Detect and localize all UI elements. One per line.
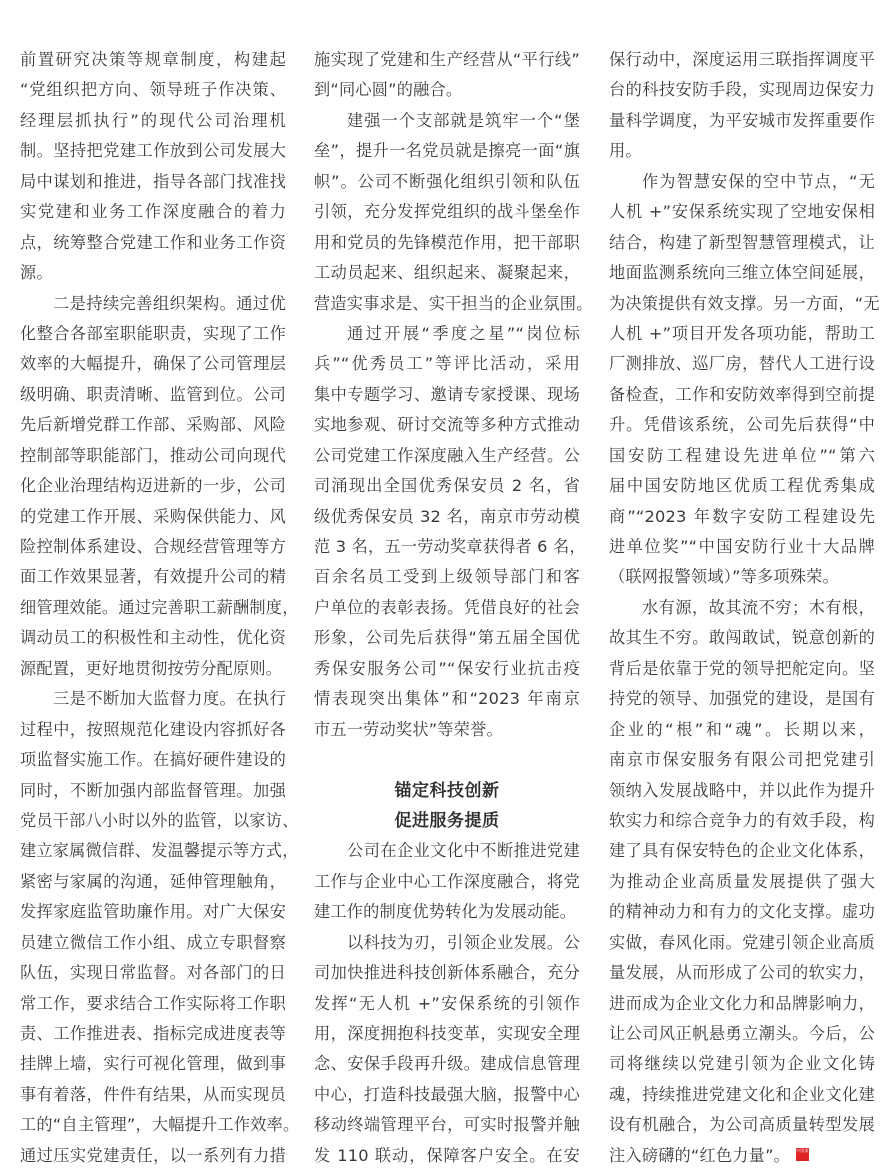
text-line: 领纳入发展战略中，并以此作为提升 (609, 776, 875, 806)
text-line: 让公司风正帆悬勇立潮头。今后，公 (609, 1019, 875, 1049)
publication-logo-icon: 中国保安 (796, 1148, 809, 1161)
text-line: 常工作，要求结合工作实际将工作职 (20, 989, 286, 1019)
text-line: 面工作效果显著，有效提升公司的精 (20, 562, 286, 592)
text-line: 届中国安防地区优质工程优秀集成 (609, 471, 875, 501)
text-line: 通过压实党建责任，以一系列有力措 (20, 1141, 286, 1171)
text-line: 持党的领导、加强党的建设，是国有 (609, 684, 875, 714)
text-line: 发挥家庭监管助廉作用。对广大保安 (20, 897, 286, 927)
text-line: 人机 +”安保系统实现了空地安保相 (609, 197, 875, 227)
text-line: 公司在企业文化中不断推进党建 (314, 836, 580, 866)
text-line: 局中谋划和推进，指导各部门找准找 (20, 167, 286, 197)
text-line: 用和党员的先锋模范作用，把干部职 (314, 228, 580, 258)
text-line: 营造实事求是、实干担当的企业氛围。 (314, 289, 580, 319)
text-line: 移动终端管理平台，可实时报警并触 (314, 1110, 580, 1140)
text-line: 党员干部八小时以外的监管，以家访、 (20, 806, 286, 836)
text-line: 故其生不穷。敢闯敢试，锐意创新的 (609, 623, 875, 653)
text-line: 事有着落，件件有结果，从而实现员 (20, 1080, 286, 1110)
text-line: 兵”“优秀员工”等评比活动，采用 (314, 349, 580, 379)
text-line: 范 3 名，五一劳动奖章获得者 6 名， (314, 532, 580, 562)
text-line: 二是持续完善组织架构。通过优 (20, 289, 286, 319)
text-line: 软实力和综合竞争力的有效手段，构 (609, 806, 875, 836)
text-line: 水有源，故其流不穷；木有根， (609, 593, 875, 623)
text-line: “党组织把方向、领导班子作决策、 (20, 75, 286, 105)
section-gap (314, 745, 580, 775)
text-line: 工动员起来、组织起来、凝聚起来， (314, 258, 580, 288)
text-line: 级明确、职责清晰、监管到位。公司 (20, 380, 286, 410)
text-line: 中心，打造科技最强大脑，报警中心 (314, 1080, 580, 1110)
article-column-2: 施实现了党建和生产经营从“平行线”到“同心圆”的融合。建强一个支部就是筑牢一个“… (314, 45, 580, 1171)
text-line: 制。坚持把党建工作放到公司发展大 (20, 136, 286, 166)
text-line: 备检查，工作和安防效率得到空前提 (609, 380, 875, 410)
text-line: 进而成为企业文化力和品牌影响力， (609, 989, 875, 1019)
text-line: 用。 (609, 136, 875, 166)
text-line: 细管理效能。通过完善职工薪酬制度， (20, 593, 286, 623)
text-line: 化企业治理结构迈进新的一步，公司 (20, 471, 286, 501)
text-line: 责、工作推进表、指标完成进度表等 (20, 1019, 286, 1049)
text-line: 企业的“根”和“魂”。长期以来， (609, 715, 875, 745)
text-line: 司将继续以党建引领为企业文化铸 (609, 1049, 875, 1079)
text-line: 先后新增党群工作部、采购部、风险 (20, 410, 286, 440)
text-line: 公司党建工作深度融入生产经营。公 (314, 441, 580, 471)
text-line: 量科学调度，为平安城市发挥重要作 (609, 106, 875, 136)
text-line: 到“同心圆”的融合。 (314, 75, 580, 105)
text-line: 户单位的表彰表扬。凭借良好的社会 (314, 593, 580, 623)
text-line: 建了具有保安特色的企业文化体系， (609, 836, 875, 866)
text-line: 的党建工作开展、采购保供能力、风 (20, 502, 286, 532)
text-line: 为决策提供有效支撑。另一方面，“无 (609, 289, 875, 319)
text-line: 地面监测系统向三维立体空间延展， (609, 258, 875, 288)
text-line: 情表现突出集体”和“2023 年南京 (314, 684, 580, 714)
text-line: 级优秀保安员 32 名，南京市劳动模 (314, 502, 580, 532)
text-line: 三是不断加大监督力度。在执行 (20, 684, 286, 714)
text-line: 的精神动力和有力的文化支撑。虚功 (609, 897, 875, 927)
text-line: 项监督实施工作。在搞好硬件建设的 (20, 745, 286, 775)
text-line: 引领，充分发挥党组织的战斗堡垒作 (314, 197, 580, 227)
text-line: 司涌现出全国优秀保安员 2 名，省 (314, 471, 580, 501)
text-line: 商”“2023 年数字安防工程建设先 (609, 502, 875, 532)
text-line: 作为智慧安保的空中节点，“无 (609, 167, 875, 197)
text-line: 控制部等职能部门，推动公司向现代 (20, 441, 286, 471)
text-line: 通过开展“季度之星”“岗位标 (314, 319, 580, 349)
text-line: 市五一劳动奖状”等荣誉。 (314, 715, 580, 745)
text-line: 经理层抓执行”的现代公司治理机 (20, 106, 286, 136)
text-line: 魂，持续推进党建文化和企业文化建 (609, 1080, 875, 1110)
text-line: 念、安保手段再升级。建成信息管理 (314, 1049, 580, 1079)
article-column-1: 前置研究决策等规章制度，构建起“党组织把方向、领导班子作决策、经理层抓执行”的现… (20, 45, 286, 1171)
text-line: 建工作的制度优势转化为发展动能。 (314, 897, 580, 927)
text-line: 源配置，更好地贯彻按劳分配原则。 (20, 654, 286, 684)
article-page: 前置研究决策等规章制度，构建起“党组织把方向、领导班子作决策、经理层抓执行”的现… (0, 0, 892, 1173)
text-line: 效率的大幅提升，确保了公司管理层 (20, 349, 286, 379)
text-line: 前置研究决策等规章制度，构建起 (20, 45, 286, 75)
text-line: 建立家属微信群、发温馨提示等方式， (20, 836, 286, 866)
text-line: 厂测排放、巡厂房，替代人工进行设 (609, 349, 875, 379)
text-line: 形象，公司先后获得“第五届全国优 (314, 623, 580, 653)
column-2-body-before-heading: 施实现了党建和生产经营从“平行线”到“同心圆”的融合。建强一个支部就是筑牢一个“… (314, 45, 580, 745)
text-line: 过程中，按照规范化建设内容抓好各 (20, 715, 286, 745)
text-line: 百余名员工受到上级领导部门和客 (314, 562, 580, 592)
text-line: （联网报警领域）”等多项殊荣。 (609, 562, 875, 592)
text-line: 国安防工程建设先进单位”“第六 (609, 441, 875, 471)
text-line: 为推动企业高质量发展提供了强大 (609, 867, 875, 897)
text-line: 同时，不断加强内部监督管理。加强 (20, 776, 286, 806)
text-line: 源。 (20, 258, 286, 288)
text-line: 实做，春风化雨。党建引领企业高质 (609, 928, 875, 958)
text-line: 实党建和业务工作深度融合的着力 (20, 197, 286, 227)
text-line: 紧密与家属的沟通，延伸管理触角， (20, 867, 286, 897)
text-line: 建强一个支部就是筑牢一个“堡 (314, 106, 580, 136)
text-line: 司加快推进科技创新体系融合，充分 (314, 958, 580, 988)
text-line: 实地参观、研讨交流等多种方式推动 (314, 410, 580, 440)
text-line: 进单位奖”“中国安防行业十大品牌 (609, 532, 875, 562)
text-line: 工作与企业中心工作深度融合，将党 (314, 867, 580, 897)
text-line: 集中专题学习、邀请专家授课、现场 (314, 380, 580, 410)
text-line: 以科技为刃，引领企业发展。公 (314, 928, 580, 958)
text-line: 秀保安服务公司”“保安行业抗击疫 (314, 654, 580, 684)
text-line: 发 110 联动，保障客户安全。在安 (314, 1141, 580, 1171)
text-line: 南京市保安服务有限公司把党建引 (609, 745, 875, 775)
text-line: 队伍，实现日常监督。对各部门的日 (20, 958, 286, 988)
column-2-body-after-heading: 公司在企业文化中不断推进党建工作与企业中心工作深度融合，将党建工作的制度优势转化… (314, 836, 580, 1171)
text-line: 工的“自主管理”，大幅提升工作效率。 (20, 1110, 286, 1140)
text-line: 挂牌上墙，实行可视化管理，做到事 (20, 1049, 286, 1079)
text-line: 升。凭借该系统，公司先后获得“中 (609, 410, 875, 440)
text-line: 结合，构建了新型智慧管理模式，让 (609, 228, 875, 258)
text-line: 调动员工的积极性和主动性，优化资 (20, 623, 286, 653)
text-line: 用，深度拥抱科技变革，实现安全理 (314, 1019, 580, 1049)
text-line: 垒”，提升一名党员就是擦亮一面“旗 (314, 136, 580, 166)
text-line: 险控制体系建设、合规经营管理等方 (20, 532, 286, 562)
text-line: 设有机融合，为公司高质量转型发展 (609, 1110, 875, 1140)
text-line: 帜”。公司不断强化组织引领和队伍 (314, 167, 580, 197)
text-line: 注入磅礴的“红色力量”。中国保安 (609, 1141, 875, 1171)
text-line: 量发展，从而形成了公司的软实力， (609, 958, 875, 988)
text-line: 台的科技安防手段，实现周边保安力 (609, 75, 875, 105)
text-line: 人机 +”项目开发各项功能，帮助工 (609, 319, 875, 349)
text-line: 点，统筹整合党建工作和业务工作资 (20, 228, 286, 258)
text-line: 员建立微信工作小组、成立专职督察 (20, 928, 286, 958)
text-line: 保行动中，深度运用三联指挥调度平 (609, 45, 875, 75)
text-line: 发挥“无人机 +”安保系统的引领作 (314, 989, 580, 1019)
article-column-3: 保行动中，深度运用三联指挥调度平台的科技安防手段，实现周边保安力量科学调度，为平… (609, 45, 875, 1171)
text-line: 化整合各部室职能职责，实现了工作 (20, 319, 286, 349)
section-heading-line-1: 锚定科技创新 (314, 776, 580, 806)
section-heading-line-2: 促进服务提质 (314, 806, 580, 836)
text-line: 施实现了党建和生产经营从“平行线” (314, 45, 580, 75)
text-line: 背后是依靠于党的领导把舵定向。坚 (609, 654, 875, 684)
